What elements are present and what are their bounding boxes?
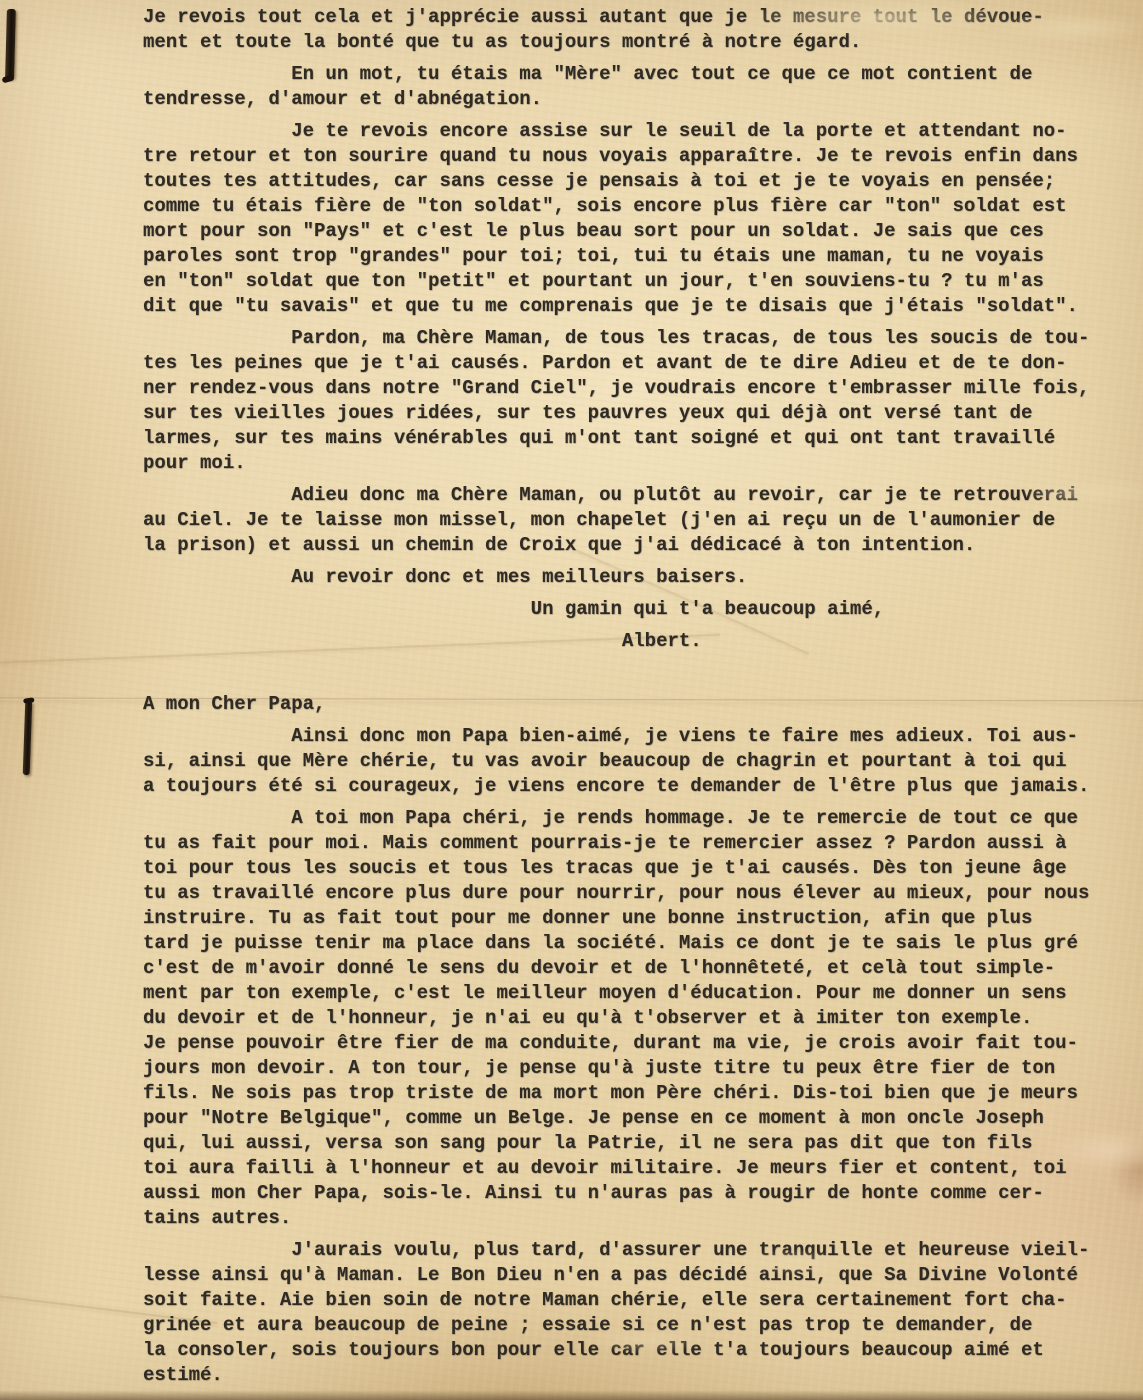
- letter-paragraph: Ainsi donc mon Papa bien-aimé, je viens …: [143, 724, 1135, 799]
- letter-page: Je revois tout cela et j'apprécie aussi …: [0, 0, 1143, 1400]
- staple-icon: [5, 9, 16, 79]
- letter-paragraph: En un mot, tu étais ma "Mère" avec tout …: [143, 62, 1135, 112]
- letter-section-to-father: A mon Cher Papa, Ainsi donc mon Papa bie…: [143, 692, 1135, 1388]
- letter-paragraph: A toi mon Papa chéri, je rends hommage. …: [143, 806, 1135, 1231]
- letter-paragraph: Au revoir donc et mes meilleurs baisers.: [143, 565, 1135, 590]
- letter-paragraph: Adieu donc ma Chère Maman, ou plutôt au …: [143, 483, 1135, 558]
- letter-paragraph: Je te revois encore assise sur le seuil …: [143, 119, 1135, 319]
- letter-paragraph: Je revois tout cela et j'apprécie aussi …: [143, 5, 1135, 55]
- letter-paragraph: Un gamin qui t'a beaucoup aimé,: [143, 597, 1135, 622]
- staple-icon: [23, 701, 33, 775]
- letter-paragraph: Pardon, ma Chère Maman, de tous les trac…: [143, 326, 1135, 476]
- letter-section-to-mother-continuation: Je revois tout cela et j'apprécie aussi …: [143, 5, 1135, 654]
- salutation: A mon Cher Papa,: [143, 692, 1135, 717]
- letter-paragraph: J'aurais voulu, plus tard, d'assurer une…: [143, 1238, 1135, 1388]
- letter-paragraph: Albert.: [143, 629, 1135, 654]
- letter-body: Je revois tout cela et j'apprécie aussi …: [143, 5, 1135, 1395]
